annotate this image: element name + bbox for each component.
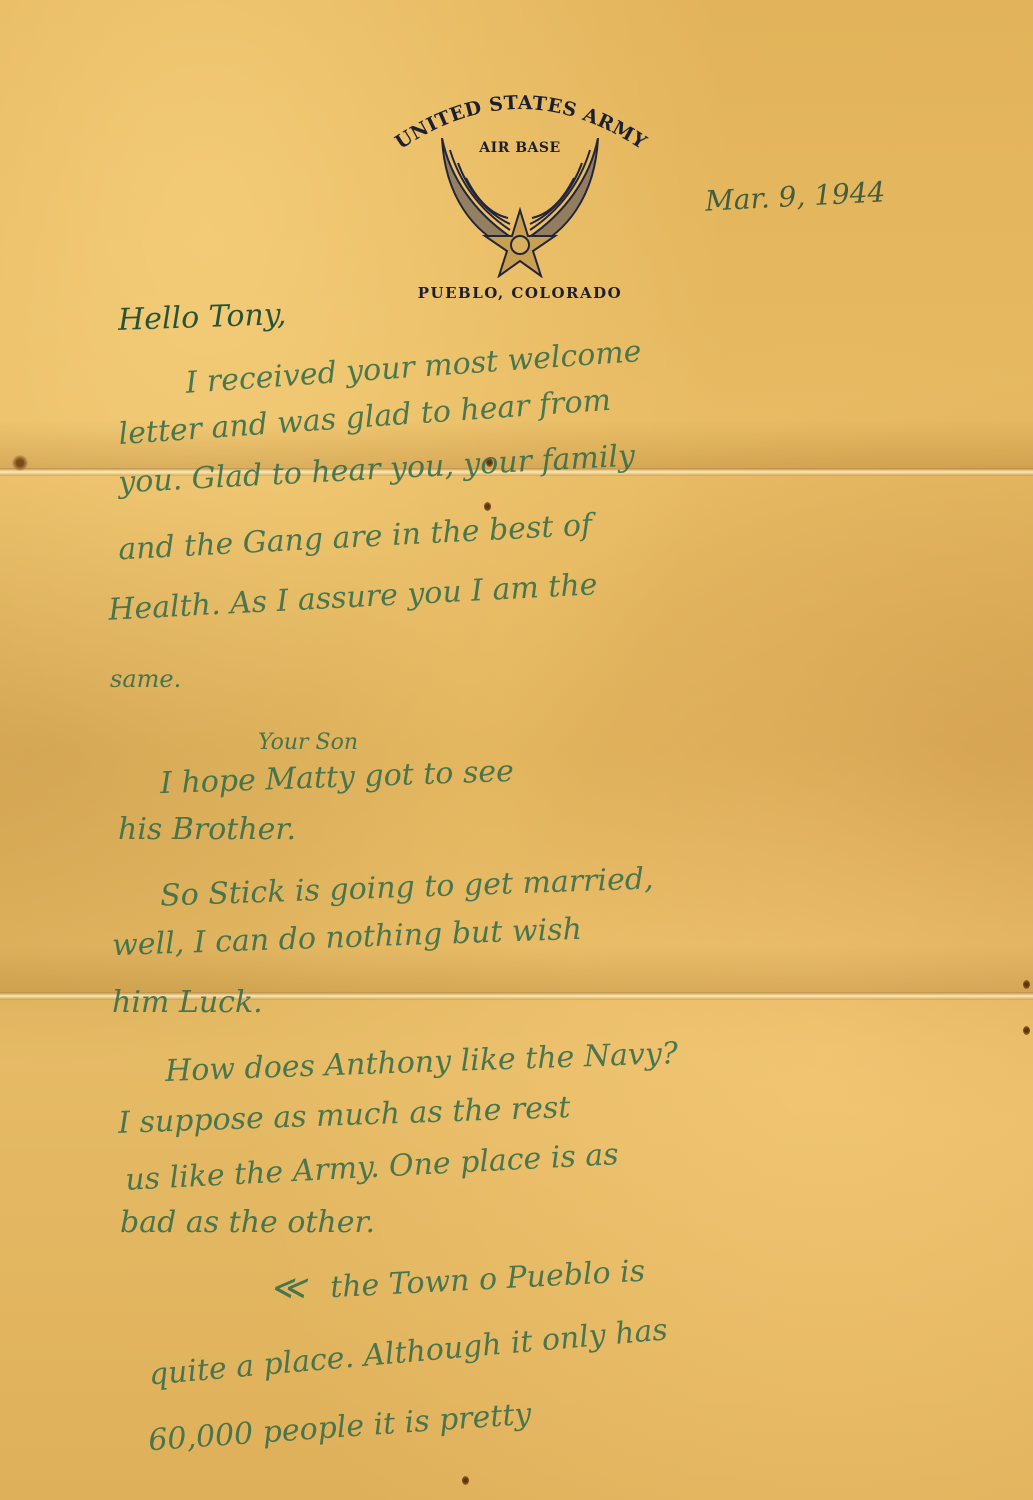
letterhead-location: PUEBLO, COLORADO bbox=[380, 284, 660, 302]
letter-line: I suppose as much as the rest bbox=[118, 1090, 571, 1141]
winged-star-icon bbox=[420, 138, 620, 278]
letter-line: us like the Army. One place is as bbox=[124, 1137, 619, 1198]
letter-line: the Town o Pueblo is bbox=[329, 1254, 646, 1305]
letter-line: Health. As I assure you I am the bbox=[107, 567, 598, 628]
letterhead: UNITED STATES ARMY AIR BASE PUEBLO, COLO… bbox=[380, 78, 660, 308]
letter-line: and the Gang are in the best of bbox=[117, 508, 592, 568]
ink-stain bbox=[12, 455, 28, 471]
pin-hole bbox=[1023, 980, 1030, 989]
letter-page: UNITED STATES ARMY AIR BASE PUEBLO, COLO… bbox=[0, 0, 1033, 1500]
letter-date: Mar. 9, 1944 bbox=[704, 175, 886, 217]
letter-line: So Stick is going to get married, bbox=[160, 861, 655, 913]
salutation: Hello Tony, bbox=[117, 297, 286, 338]
letter-line: same. bbox=[110, 665, 181, 693]
pin-hole bbox=[462, 1476, 469, 1485]
pin-hole bbox=[1023, 1026, 1030, 1035]
letter-line: bad as the other. bbox=[120, 1205, 375, 1240]
insertion-caret-icon: ≪ bbox=[270, 1268, 306, 1308]
letter-line: How does Anthony like the Navy? bbox=[165, 1036, 679, 1089]
letter-line: him Luck. bbox=[112, 985, 263, 1020]
inserted-words: Your Son bbox=[258, 730, 358, 755]
letter-line: I hope Matty got to see bbox=[159, 754, 514, 801]
letter-line: 60,000 people it is pretty bbox=[147, 1397, 532, 1459]
pin-hole bbox=[484, 502, 491, 511]
letter-line: his Brother. bbox=[118, 812, 296, 847]
letter-line: quite a place. Although it only has bbox=[147, 1312, 669, 1392]
